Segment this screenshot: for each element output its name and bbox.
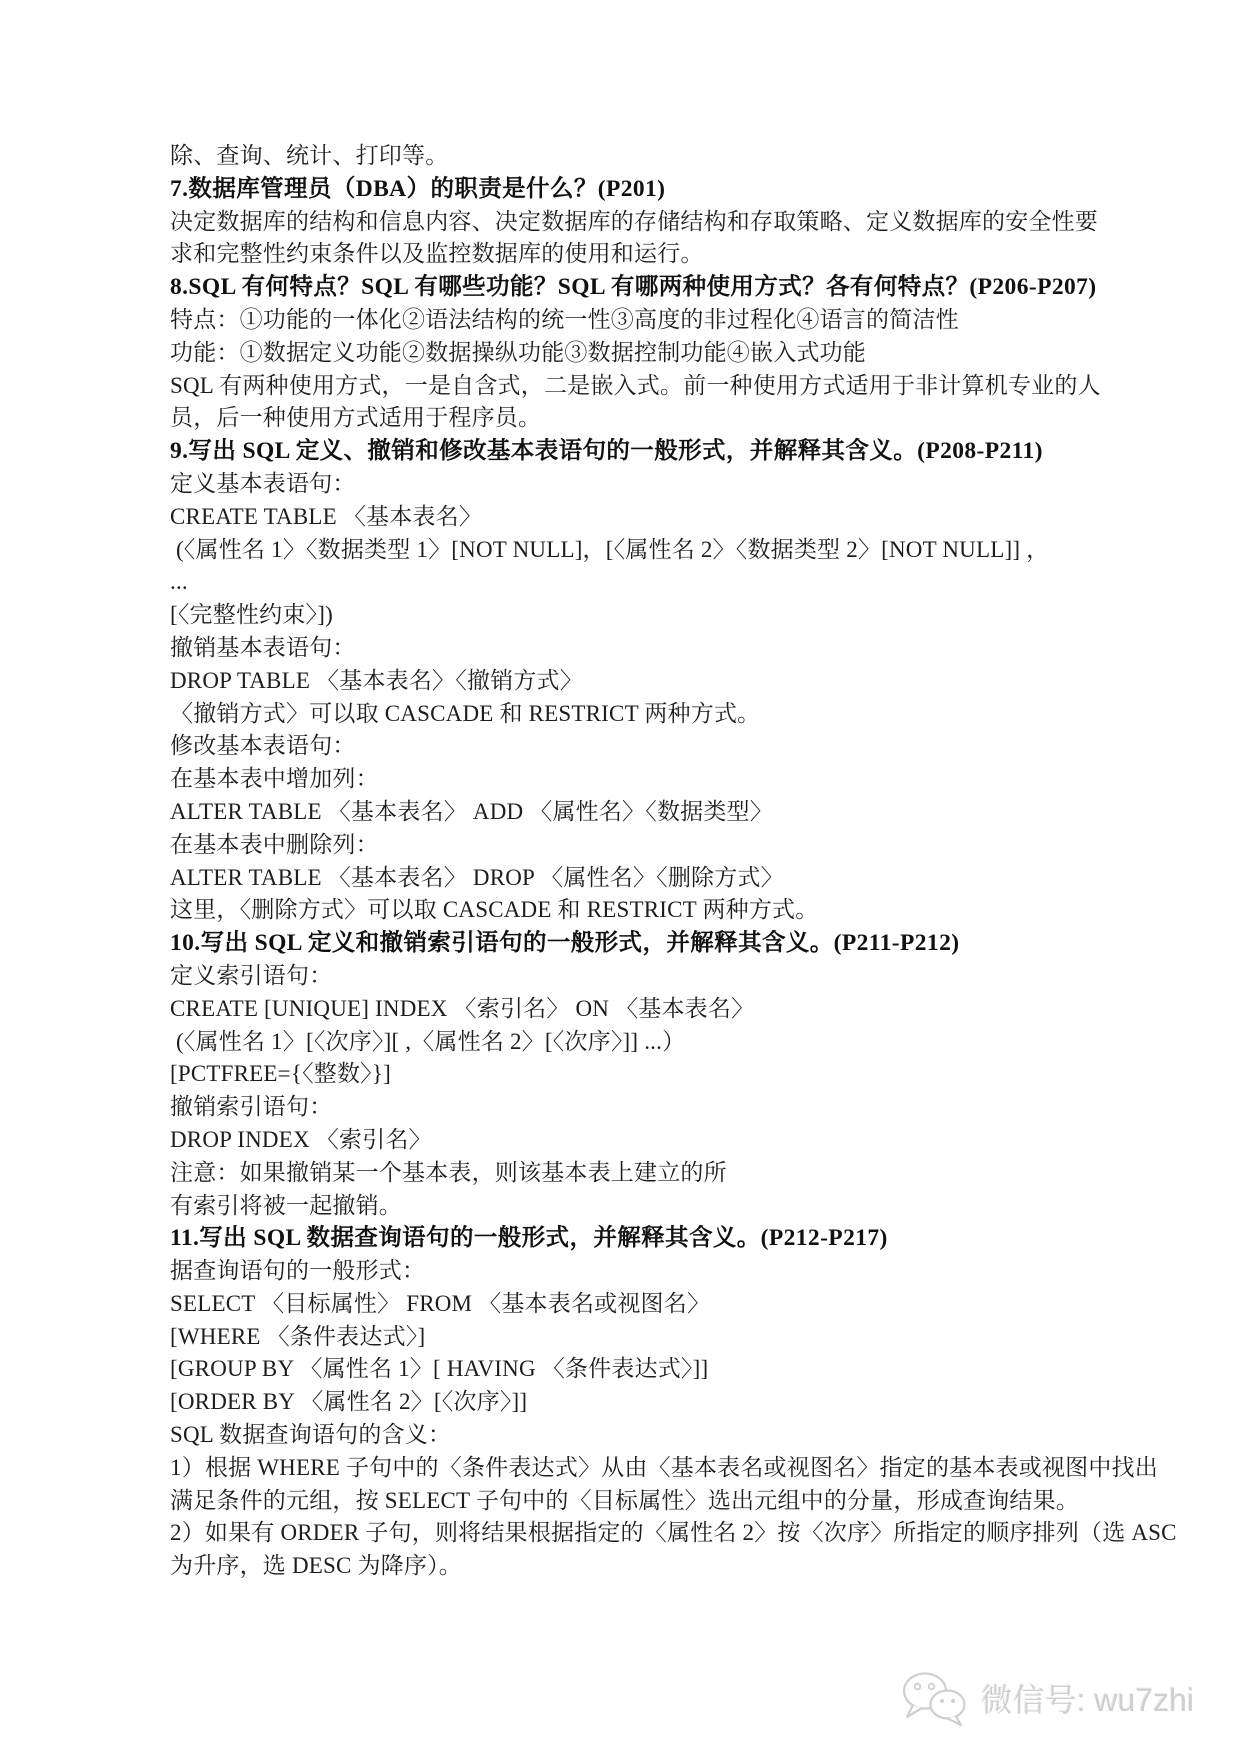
doc-line: 修改基本表语句： — [170, 730, 1080, 763]
doc-line: 撤销基本表语句： — [170, 632, 1080, 665]
doc-line: 据查询语句的一般形式： — [170, 1255, 1080, 1288]
doc-heading-line: 11.写出 SQL 数据查询语句的一般形式，并解释其含义。(P212-P217) — [170, 1222, 1080, 1255]
doc-line: [PCTFREE={〈整数〉}] — [170, 1058, 1080, 1091]
doc-line: 〈撤销方式〉可以取 CASCADE 和 RESTRICT 两种方式。 — [170, 698, 1080, 731]
doc-line: ALTER TABLE 〈基本表名〉 ADD 〈属性名〉〈数据类型〉 — [170, 796, 1080, 829]
doc-line: DROP TABLE 〈基本表名〉〈撤销方式〉 — [170, 665, 1080, 698]
doc-line: 求和完整性约束条件以及监控数据库的使用和运行。 — [170, 238, 1080, 271]
doc-line: 员，后一种使用方式适用于程序员。 — [170, 402, 1080, 435]
doc-line: 特点：①功能的一体化②语法结构的统一性③高度的非过程化④语言的简洁性 — [170, 304, 1080, 337]
doc-line: 为升序，选 DESC 为降序）。 — [170, 1550, 1080, 1583]
doc-line: [ORDER BY 〈属性名 2〉[〈次序〉]] — [170, 1386, 1080, 1419]
document-body: 除、查询、统计、打印等。7.数据库管理员（DBA）的职责是什么？(P201)决定… — [170, 140, 1080, 1583]
doc-line: 在基本表中删除列： — [170, 829, 1080, 862]
doc-heading-line: 7.数据库管理员（DBA）的职责是什么？(P201) — [170, 173, 1080, 206]
doc-line: 这里，〈删除方式〉可以取 CASCADE 和 RESTRICT 两种方式。 — [170, 894, 1080, 927]
doc-line: 撤销索引语句： — [170, 1091, 1080, 1124]
doc-line: [〈完整性约束〉]) — [170, 599, 1080, 632]
doc-line: 2）如果有 ORDER 子句，则将结果根据指定的〈属性名 2〉按〈次序〉所指定的… — [170, 1517, 1080, 1550]
watermark-label: 微信号: wu7zhi — [981, 1675, 1194, 1721]
doc-line: 满足条件的元组，按 SELECT 子句中的〈目标属性〉选出元组中的分量，形成查询… — [170, 1485, 1080, 1518]
doc-line: CREATE TABLE 〈基本表名〉 — [170, 501, 1080, 534]
doc-line: ALTER TABLE 〈基本表名〉 DROP 〈属性名〉〈删除方式〉 — [170, 862, 1080, 895]
doc-line: [GROUP BY 〈属性名 1〉[ HAVING 〈条件表达式〉]] — [170, 1353, 1080, 1386]
doc-line: DROP INDEX 〈索引名〉 — [170, 1124, 1080, 1157]
doc-line: SQL 有两种使用方式，一是自含式，二是嵌入式。前一种使用方式适用于非计算机专业… — [170, 370, 1080, 403]
doc-line: 1）根据 WHERE 子句中的〈条件表达式〉从由〈基本表名或视图名〉指定的基本表… — [170, 1452, 1080, 1485]
document-page: 除、查询、统计、打印等。7.数据库管理员（DBA）的职责是什么？(P201)决定… — [0, 0, 1240, 1754]
doc-line: SELECT 〈目标属性〉 FROM 〈基本表名或视图名〉 — [170, 1288, 1080, 1321]
doc-line: [WHERE 〈条件表达式〉] — [170, 1321, 1080, 1354]
doc-line: (〈属性名 1〉[〈次序〉][ ,〈属性名 2〉[〈次序〉]] ...） — [170, 1026, 1080, 1059]
doc-heading-line: 9.写出 SQL 定义、撤销和修改基本表语句的一般形式，并解释其含义。(P208… — [170, 435, 1080, 468]
doc-line: 有索引将被一起撤销。 — [170, 1190, 1080, 1223]
doc-line: 定义基本表语句： — [170, 468, 1080, 501]
watermark: 微信号: wu7zhi — [901, 1670, 1194, 1726]
doc-line: ... — [170, 566, 1080, 599]
doc-line: 注意：如果撤销某一个基本表，则该基本表上建立的所 — [170, 1157, 1080, 1190]
doc-heading-line: 8.SQL 有何特点？SQL 有哪些功能？SQL 有哪两种使用方式？各有何特点？… — [170, 271, 1080, 304]
doc-line: 在基本表中增加列： — [170, 763, 1080, 796]
doc-heading-line: 10.写出 SQL 定义和撤销索引语句的一般形式，并解释其含义。(P211-P2… — [170, 927, 1080, 960]
doc-line: (〈属性名 1〉〈数据类型 1〉[NOT NULL]，[〈属性名 2〉〈数据类型… — [170, 534, 1080, 567]
doc-line: CREATE [UNIQUE] INDEX 〈索引名〉 ON 〈基本表名〉 — [170, 993, 1080, 1026]
doc-line: 定义索引语句： — [170, 960, 1080, 993]
doc-line: SQL 数据查询语句的含义： — [170, 1419, 1080, 1452]
wechat-icon — [901, 1670, 971, 1726]
doc-line: 决定数据库的结构和信息内容、决定数据库的存储结构和存取策略、定义数据库的安全性要 — [170, 206, 1080, 239]
doc-line: 功能：①数据定义功能②数据操纵功能③数据控制功能④嵌入式功能 — [170, 337, 1080, 370]
doc-line: 除、查询、统计、打印等。 — [170, 140, 1080, 173]
